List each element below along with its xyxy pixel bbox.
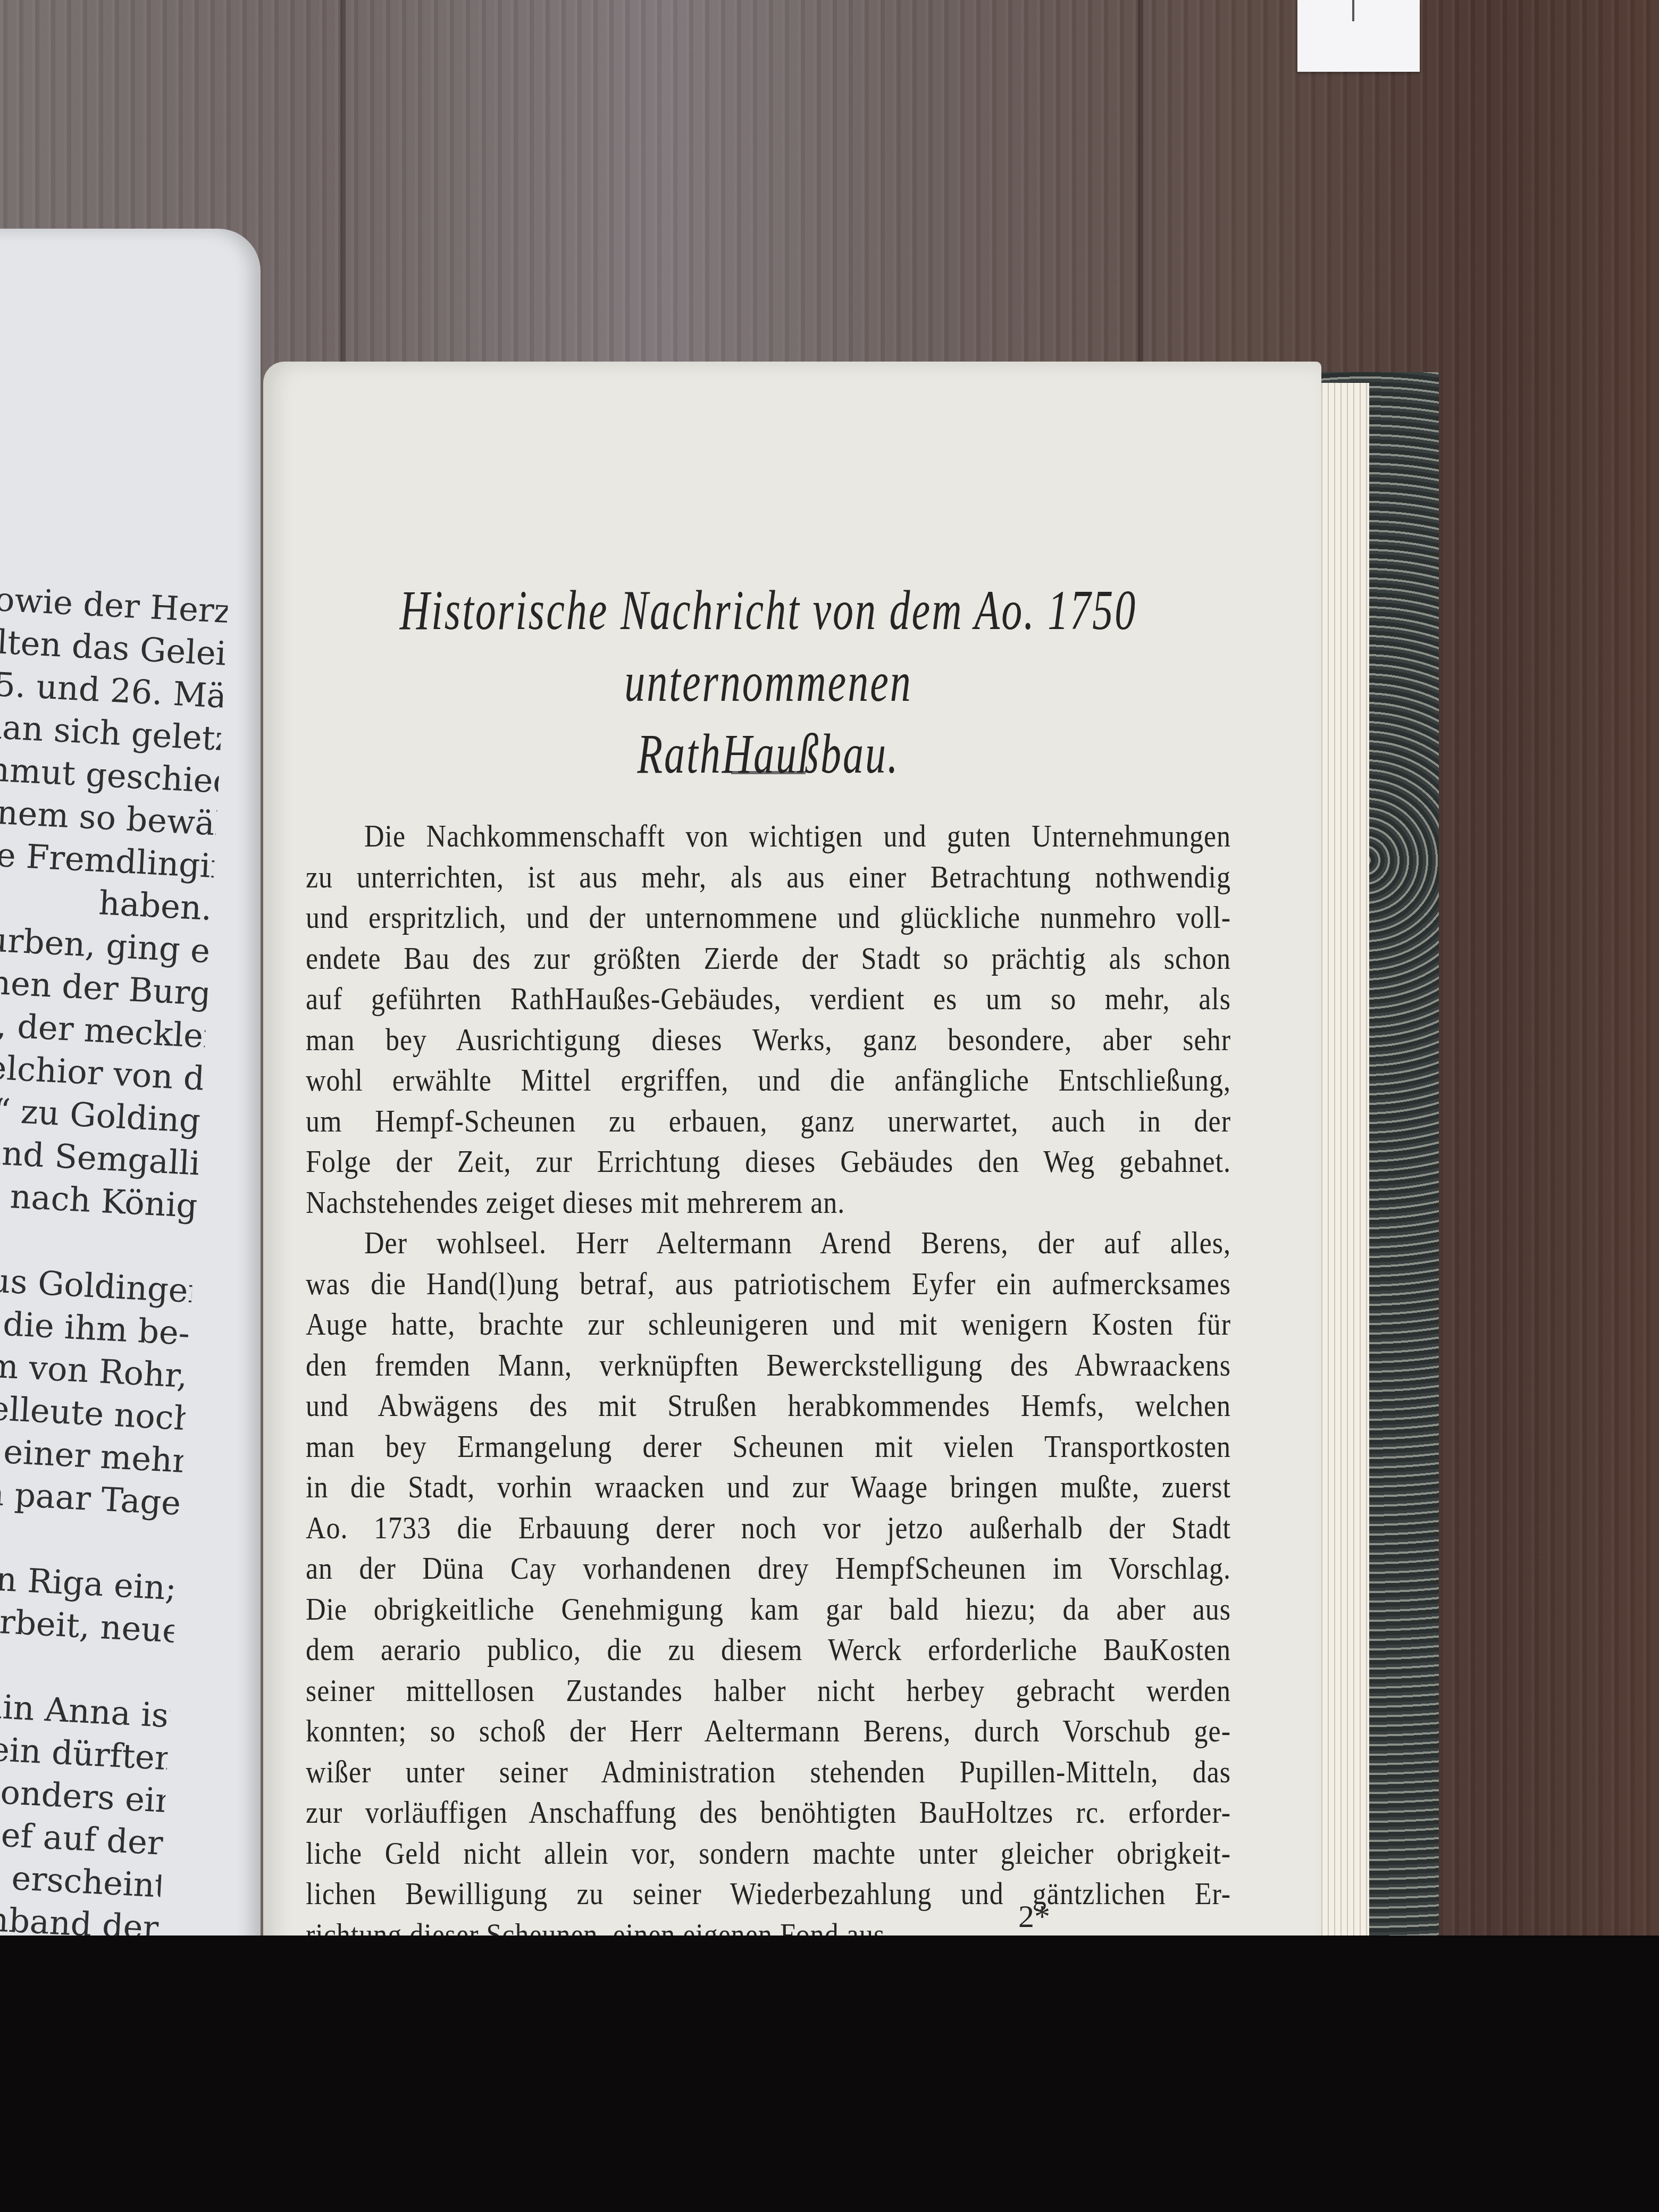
left-page-text: sowie der Herzog hlten das Geleite 25. u…	[0, 577, 229, 2034]
text-line: lichen Bewilligung zu seiner Wiederbezah…	[306, 1874, 1231, 1914]
text-line: Folge der Zeit, zur Errichtung dieses Ge…	[306, 1142, 1231, 1183]
text-line: Nachstehendes zeiget dieses mit mehrerem…	[306, 1183, 1231, 1223]
text-line: auf geführten RathHaußes-Gebäudes, verdi…	[306, 979, 1231, 1020]
page-title: Historische Nachricht von dem Ao. 1750 u…	[306, 574, 1231, 790]
title-line: Historische Nachricht von dem Ao. 1750 u…	[306, 574, 1231, 718]
text-line: zur vorläuffigen Anschaffung des benöhti…	[306, 1792, 1231, 1833]
tag-mark	[1352, 0, 1354, 21]
text-line: den fremden Mann, verknüpften Bewerckste…	[306, 1345, 1231, 1386]
text-line: Die Nachkommenschafft von wichtigen und …	[306, 817, 1231, 857]
text-line: Die obrigkeitliche Genehmigung kam gar b…	[306, 1589, 1231, 1630]
text-line: um Hempf-Scheunen zu erbauen, ganz unerw…	[306, 1101, 1231, 1142]
text-line: konnten; so schoß der Herr Aeltermann Be…	[306, 1711, 1231, 1752]
text-line: seiner mittellosen Zustandes halber nich…	[306, 1671, 1231, 1711]
text-line: man bey Ermangelung derer Scheunen mit v…	[306, 1427, 1231, 1467]
text-line: endete Bau des zur größten Zierde der St…	[306, 939, 1231, 979]
dark-foreground	[0, 1935, 1659, 2212]
paper-bookmark-tag	[1297, 0, 1420, 72]
text-line: liche Geld nicht allein vor, sondern mac…	[306, 1833, 1231, 1874]
text-line: Ao. 1733 die Erbauung derer noch vor jet…	[306, 1508, 1231, 1548]
text-line: zu unterrichten, ist aus mehr, als aus e…	[306, 857, 1231, 898]
text-line: wißer unter seiner Administration stehen…	[306, 1752, 1231, 1792]
text-line: wohl erwählte Mittel ergriffen, und die …	[306, 1061, 1231, 1101]
text-line: in die Stadt, vorhin wraacken und zur Wa…	[306, 1468, 1231, 1508]
text-line: an der Düna Cay vorhandenen drey HempfSc…	[306, 1549, 1231, 1589]
text-line: was die Hand(l)ung betraf, aus patriotis…	[306, 1264, 1231, 1304]
text-line: und erspritzlich, und der unternommene u…	[306, 898, 1231, 939]
text-line: Auge hatte, brachte zur schleunigeren un…	[306, 1305, 1231, 1345]
text-line: Der wohlseel. Herr Aeltermann Arend Bere…	[306, 1224, 1231, 1264]
left-page: sowie der Herzog hlten das Geleite 25. u…	[0, 229, 261, 2154]
right-page-content: Historische Nachricht von dem Ao. 1750 u…	[306, 574, 1231, 1984]
text-line: dem aerario publico, die zu diesem Werck…	[306, 1630, 1231, 1671]
title-line: RathHaußbau.	[306, 718, 1231, 790]
book-page-edges	[1316, 383, 1369, 1967]
text-line: man bey Ausrichtigung dieses Werks, ganz…	[306, 1020, 1231, 1060]
signature-mark: 2*	[1018, 1898, 1050, 1935]
text-line: und Abwägens des mit Strußen herabkommen…	[306, 1386, 1231, 1427]
